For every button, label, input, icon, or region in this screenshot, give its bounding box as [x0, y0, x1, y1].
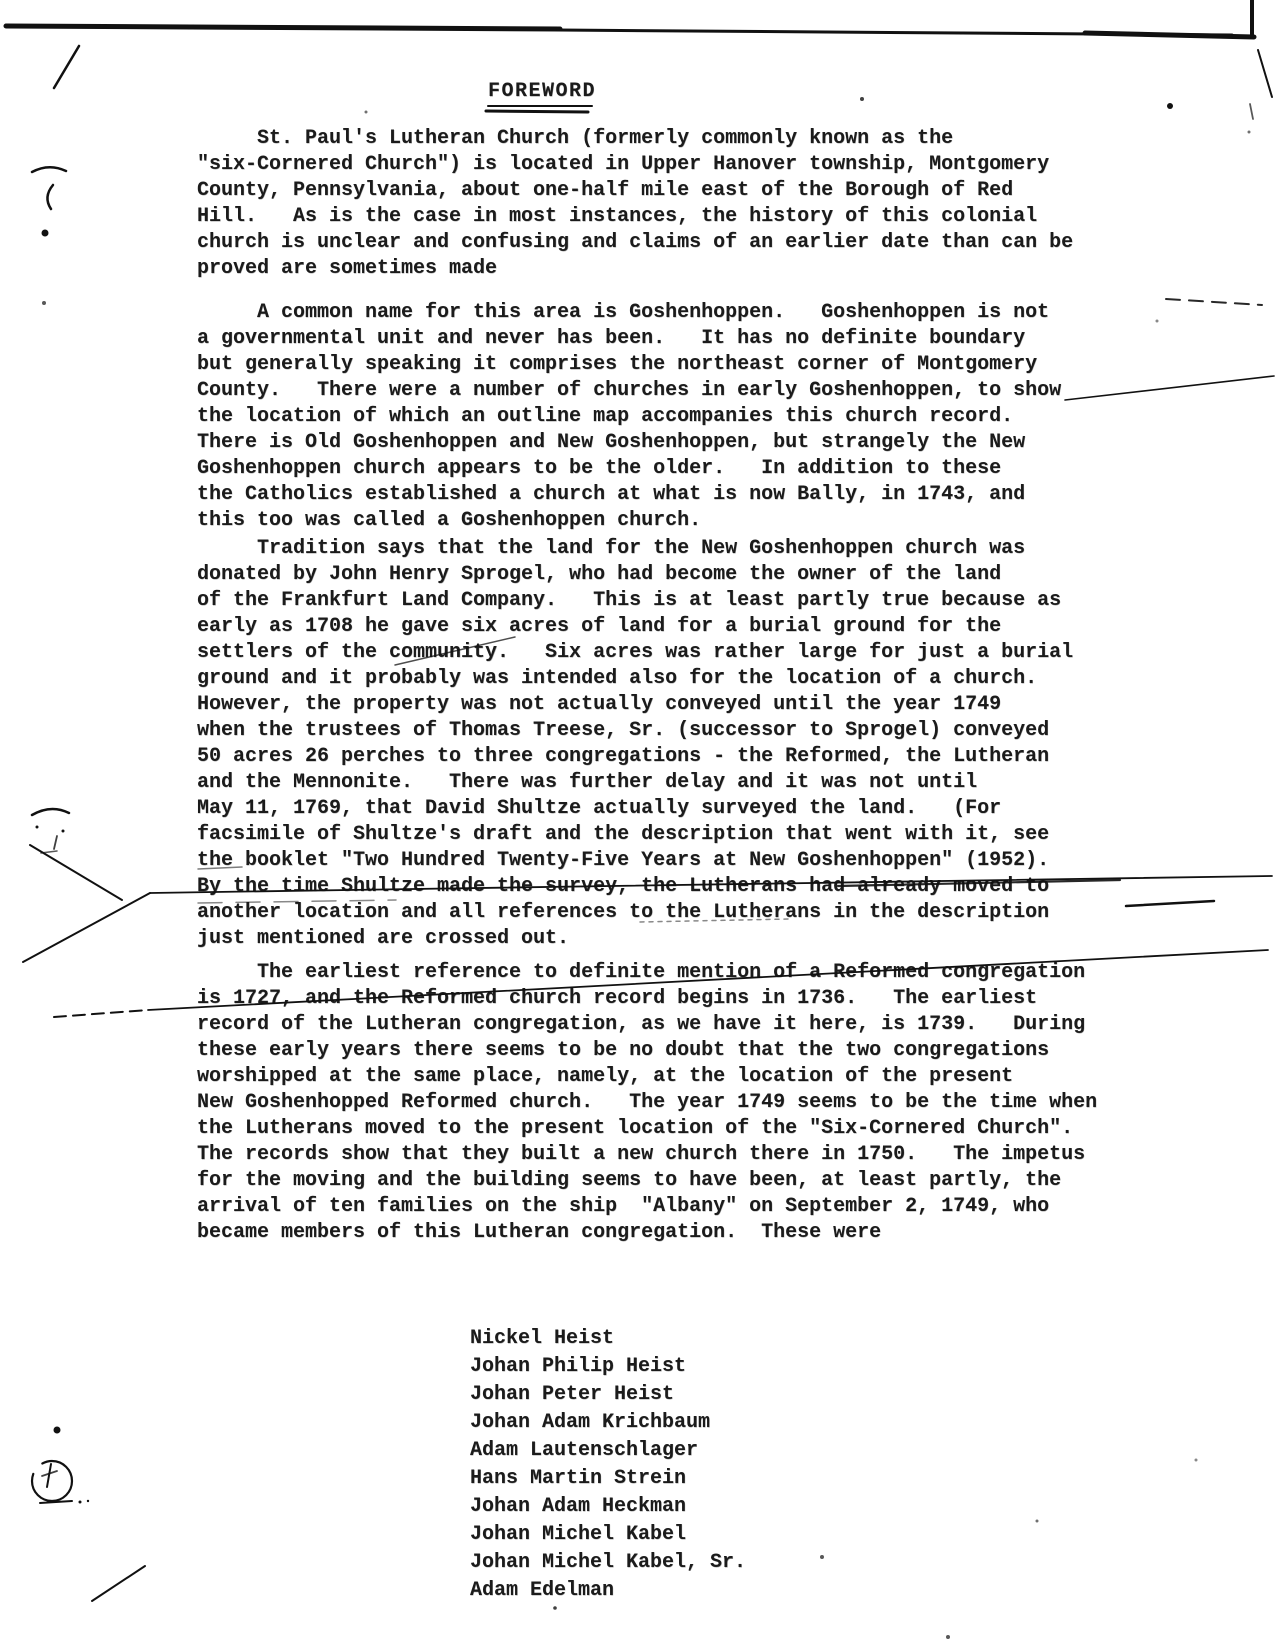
scan-speck	[553, 1606, 557, 1610]
scan-dashes-right	[1166, 299, 1262, 305]
scan-speck	[860, 97, 864, 101]
scan-speck	[1167, 103, 1173, 109]
scan-border-top-right	[558, 30, 1232, 35]
scan-strike-left-a	[30, 845, 122, 900]
scan-arc-left-mid	[32, 809, 69, 815]
scan-speck	[946, 1635, 950, 1639]
scan-slash-bottom-left	[92, 1566, 145, 1601]
page-title: FOREWORD	[488, 80, 596, 103]
scan-tick-left-mid	[54, 836, 57, 849]
scan-speck	[87, 1500, 89, 1502]
scan-border-top-left	[6, 26, 560, 29]
scan-doodle-tick-h	[42, 1471, 57, 1476]
scan-speck	[1156, 320, 1159, 323]
scan-speck	[365, 111, 368, 114]
scan-diagonal-show	[1065, 376, 1274, 400]
scan-circle-doodle	[32, 1461, 72, 1501]
title-underline-2	[486, 111, 588, 112]
scan-strike-left-b	[23, 893, 150, 962]
scan-speck	[54, 1427, 61, 1434]
scan-speck	[1248, 131, 1251, 134]
document-page: FOREWORD St. Paul's Lutheran Church (for…	[0, 0, 1275, 1650]
scan-dash-left-mid	[41, 851, 57, 853]
scan-doodle-tick-v	[47, 1464, 51, 1487]
scan-speck	[42, 301, 46, 305]
paragraph-earliest-records: The earliest reference to definite menti…	[197, 960, 1097, 1246]
scan-strike-earliest-lead	[54, 1010, 148, 1017]
scan-slash-top-left	[54, 46, 79, 88]
passenger-name-list: Nickel Heist Johan Philip Heist Johan Pe…	[470, 1325, 746, 1605]
paragraph-tradition: Tradition says that the land for the New…	[197, 536, 1073, 952]
scan-mark-top-right	[1250, 104, 1253, 119]
scan-border-corner-h	[1085, 33, 1254, 37]
scan-speck	[1036, 1520, 1039, 1523]
paragraph-intro: St. Paul's Lutheran Church (formerly com…	[197, 126, 1073, 282]
paragraph-goshenhoppen: A common name for this area is Goshenhop…	[197, 300, 1061, 534]
scan-doodle-dash	[40, 1501, 72, 1503]
scan-paren-left	[47, 185, 53, 209]
scan-arc-left-upper	[32, 167, 66, 172]
scan-speck	[820, 1555, 824, 1559]
scan-speck	[36, 826, 39, 829]
scan-slash-top-right	[1258, 50, 1272, 97]
scan-speck	[79, 1501, 82, 1504]
scan-speck	[42, 230, 49, 237]
scan-speck	[62, 830, 65, 833]
scan-dash-description	[1126, 901, 1214, 906]
scan-speck	[1195, 1459, 1198, 1462]
